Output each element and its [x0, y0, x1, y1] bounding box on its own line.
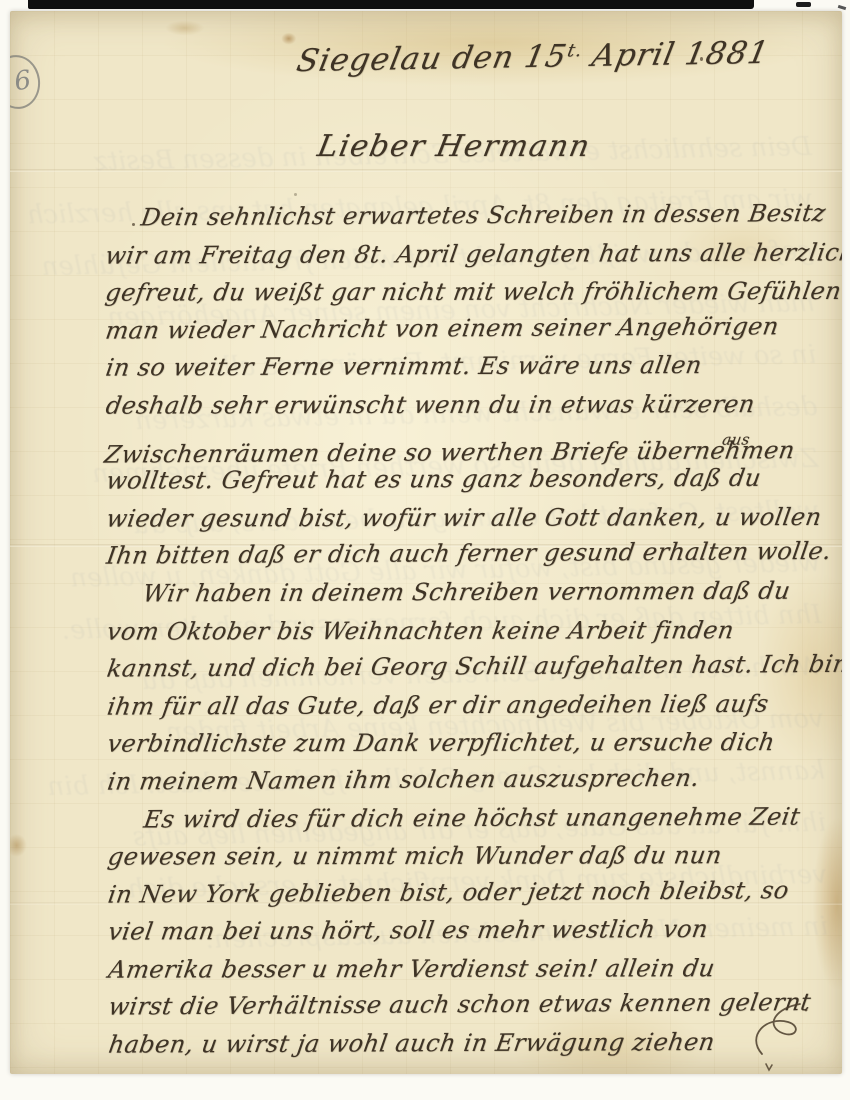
letter-line-text: Dein sehnlichst erwartetes Schreiben in … [139, 199, 828, 231]
letter-line: gefreut, du weißt gar nicht mit welch fr… [103, 273, 842, 312]
ink-speck [737, 51, 739, 54]
ink-speck [132, 223, 135, 226]
dateline-place: Siegelau [294, 41, 446, 80]
dateline-year: 1881 [682, 35, 772, 72]
dateline-day: 15 [521, 38, 570, 75]
letter-line: wir am Freitag den 8t. April gelangten h… [102, 234, 842, 275]
letter-line: Zwischenräumen deine so werthen Briefe ü… [103, 420, 842, 462]
dateline-article: den [449, 39, 517, 76]
letter-line: viel man bei uns hört, soll es mehr west… [105, 911, 842, 952]
letter-line: haben, u wirst ja wohl auch in Erwägung … [106, 1023, 842, 1064]
letter-line: in so weiter Ferne vernimmt. Es wäre uns… [103, 347, 842, 388]
dateline-month: April [589, 37, 678, 74]
letter-line-text: Wir haben in deinem Schreiben vernommen … [141, 577, 793, 608]
letter-line-text: Es wird dies für dich eine höchst unange… [142, 802, 802, 833]
letter-line-text: wieder gesund bist, wofür wir alle Gott … [104, 503, 823, 533]
letter-line-text: haben, u wirst ja wohl auch in Erwägung … [107, 1028, 717, 1059]
letter-line: Wir haben in deinem Schreiben vernommen … [104, 572, 842, 613]
letter-line-text: gefreut, du weißt gar nicht mit welch fr… [103, 277, 842, 307]
letter-line: Amerika besser u mehr Verdienst sein! al… [106, 950, 842, 989]
letter-line: ihm für all das Gute, daß er dir angedei… [104, 685, 842, 726]
letter-line: wolltest. Gefreut hat es uns ganz besond… [103, 460, 842, 501]
ink-speck [700, 57, 703, 61]
letter-page: Dein sehnlichst erwartetes Schreiben in … [10, 11, 842, 1074]
ink-flourish [736, 998, 814, 1074]
letter-line-text: deshalb sehr erwünscht wenn du in etwas … [104, 390, 757, 419]
letter-line-text: wirst die Verhältnisse auch schon etwas … [107, 989, 813, 1022]
inserted-word-above-line: aus [721, 430, 751, 448]
scanner-edge-mark [796, 2, 811, 7]
letter-line: Es wird dies für dich eine höchst unange… [105, 798, 842, 839]
letter-line: wieder gesund bist, wofür wir alle Gott … [104, 499, 842, 538]
letter-line: deshalb sehr erwünscht wenn du in etwas … [103, 386, 842, 425]
letter-scan: Dein sehnlichst erwartetes Schreiben in … [0, 0, 850, 1100]
scanner-edge-tick [838, 5, 847, 10]
archive-number: 6 [12, 65, 33, 97]
letter-line-text: Ihn bitten daß er dich auch ferner gesun… [105, 537, 834, 570]
letter-line-text: ihm für all das Gute, daß er dir angedei… [105, 689, 770, 720]
letter-line: kannst, und dich bei Georg Schill aufgeh… [104, 646, 842, 688]
letter-line-text: wolltest. Gefreut hat es uns ganz besond… [104, 464, 763, 495]
letter-line-text: in so weiter Ferne vernimmt. Es wäre uns… [104, 351, 704, 382]
letter-line-text: in meinem Namen ihm solchen auszuspreche… [106, 764, 702, 796]
letter-line-text: wir am Freitag den 8t. April gelangten h… [103, 238, 842, 269]
letter-line: man wieder Nachricht von einem seiner An… [103, 308, 842, 350]
letter-line: vom Oktober bis Weihnachten keine Arbeit… [104, 611, 842, 650]
letter-line: in meinem Namen ihm solchen auszuspreche… [105, 759, 842, 801]
dateline-day-suffix: t. [566, 40, 585, 61]
ink-speck [294, 193, 297, 196]
letter-line-text: verbindlichste zum Dank verpflichtet, u … [105, 728, 776, 758]
letter-line: in New York geblieben bist, oder jetzt n… [105, 871, 842, 913]
letter-line: verbindlichste zum Dank verpflichtet, u … [105, 724, 842, 763]
letter-line-text: vom Oktober bis Weihnachten keine Arbeit… [105, 616, 736, 645]
letter-line-text: in New York geblieben bist, oder jetzt n… [106, 876, 791, 908]
archive-number-pencil-mark: 6 [10, 52, 44, 112]
letter-body: Dein sehnlichst erwartetes Schreiben in … [102, 196, 842, 1064]
letter-line: Ihn bitten daß er dich auch ferner gesun… [104, 533, 842, 575]
letter-line-text: Amerika besser u mehr Verdienst sein! al… [106, 954, 716, 983]
letter-line: gewesen sein, u nimmt mich Wunder daß du… [105, 837, 842, 876]
letter-line: Dein sehnlichst erwartetes Schreiben in … [102, 195, 842, 237]
salutation: Lieber Hermann [315, 129, 594, 164]
letter-line: wirst die Verhältnisse auch schon etwas … [106, 984, 842, 1026]
letter-line-text: gewesen sein, u nimmt mich Wunder daß du… [106, 841, 724, 870]
letter-line-text: man wieder Nachricht von einem seiner An… [104, 312, 781, 344]
letter-line-text: viel man bei uns hört, soll es mehr west… [106, 915, 710, 946]
scanner-edge-strip [28, 0, 754, 9]
letter-line-text: kannst, und dich bei Georg Schill aufgeh… [105, 650, 842, 683]
